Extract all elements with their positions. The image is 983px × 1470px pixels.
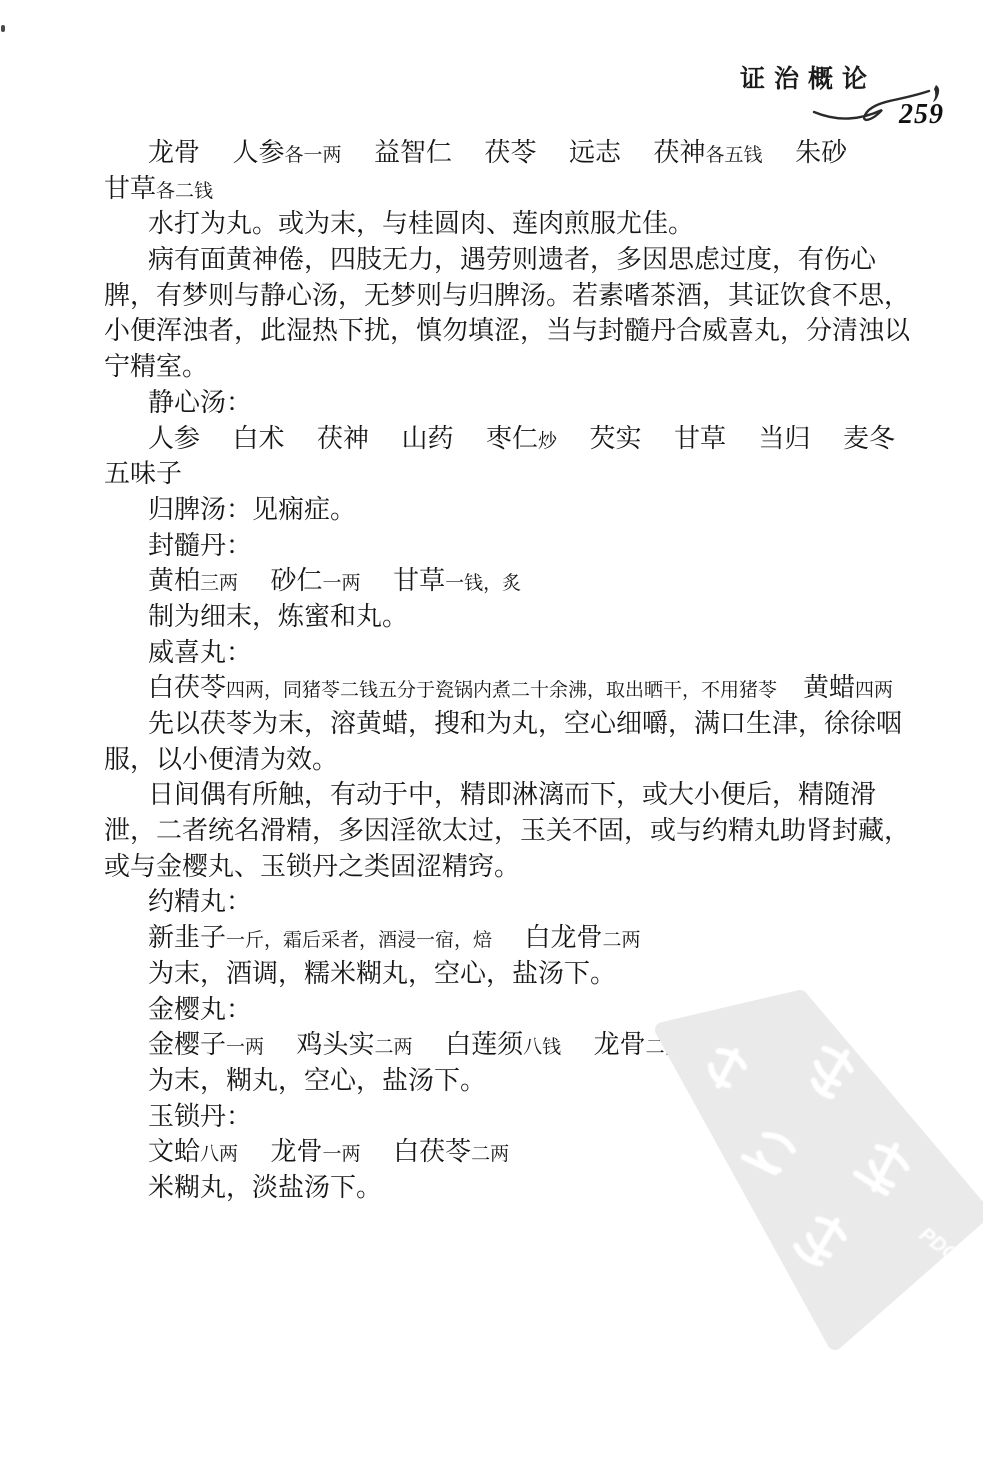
text-run: 泄，二者统名滑精，多因淫欲太过，玉关不固，或与约精丸助肾封藏， bbox=[104, 816, 910, 845]
text-run: 水打为丸。或为末，与桂圆肉、莲肉煎服尤佳。 bbox=[148, 209, 694, 238]
text-run: 宁精室。 bbox=[104, 352, 208, 381]
text-run: 金樱子 bbox=[148, 1030, 226, 1059]
text-line: 或与金樱丸、玉锁丹之类固涩精窍。 bbox=[104, 849, 896, 885]
text-run: 威喜丸： bbox=[148, 638, 252, 667]
text-run: 鸡头实 bbox=[264, 1030, 375, 1059]
text-line: 脾，有梦则与静心汤，无梦则与归脾汤。若素嗜茶酒，其证饮食不思， bbox=[104, 278, 896, 314]
text-line: 威喜丸： bbox=[104, 635, 896, 671]
text-line: 金樱丸： bbox=[104, 992, 896, 1028]
text-run: 为末，糊丸，空心，盐汤下。 bbox=[148, 1066, 486, 1095]
text-run: 病有面黄神倦，四肢无力，遇劳则遗者，多因思虑过度，有伤心 bbox=[148, 245, 876, 274]
dosage-annotation: 一两 bbox=[323, 573, 361, 594]
text-run: 白莲须 bbox=[413, 1030, 524, 1059]
text-line: 人参 白术 茯神 山药 枣仁炒 芡实 甘草 当归 麦冬 bbox=[104, 421, 896, 457]
text-line: 黄柏三两 砂仁一两 甘草一钱，炙 bbox=[104, 563, 896, 599]
text-line: 五味子 bbox=[104, 456, 896, 492]
text-line: 为末，酒调，糯米糊丸，空心，盐汤下。 bbox=[104, 956, 896, 992]
text-line: 新韭子一斤，霜后采者，酒浸一宿，焙 白龙骨二两 bbox=[104, 920, 896, 956]
dosage-annotation: 二两 bbox=[603, 930, 641, 951]
text-line: 龙骨 人参各一两 益智仁 茯苓 远志 茯神各五钱 朱砂 bbox=[104, 135, 896, 171]
text-run: 白茯苓 bbox=[361, 1137, 472, 1166]
text-run: 先以茯苓为末，溶黄蜡，搜和为丸，空心细嚼，满口生津，徐徐咽 bbox=[148, 709, 902, 738]
text-run: 脾，有梦则与静心汤，无梦则与归脾汤。若素嗜茶酒，其证饮食不思， bbox=[104, 281, 910, 310]
dosage-annotation: 一斤，霜后采者，酒浸一宿，焙 bbox=[226, 930, 492, 951]
text-line: 米糊丸，淡盐汤下。 bbox=[104, 1170, 896, 1206]
text-line: 封髓丹： bbox=[104, 528, 896, 564]
text-run: 静心汤： bbox=[148, 388, 252, 417]
dosage-annotation: 各二钱 bbox=[156, 181, 213, 202]
text-line: 泄，二者统名滑精，多因淫欲太过，玉关不固，或与约精丸助肾封藏， bbox=[104, 813, 896, 849]
text-line: 为末，糊丸，空心，盐汤下。 bbox=[104, 1063, 896, 1099]
text-run: 玉锁丹： bbox=[148, 1102, 252, 1131]
dosage-annotation: 各五钱 bbox=[706, 145, 763, 166]
watermark-pdg-label: PDG bbox=[915, 1223, 963, 1267]
text-run: 白茯苓 bbox=[148, 673, 226, 702]
text-run: 龙骨 bbox=[561, 1030, 646, 1059]
text-run: 龙骨 人参 bbox=[148, 138, 285, 167]
text-line: 白茯苓四两，同猪苓二钱五分于瓷锅内煮二十余沸，取出晒干，不用猪苓 黄蜡四两 bbox=[104, 670, 896, 706]
text-line: 水打为丸。或为末，与桂圆肉、莲肉煎服尤佳。 bbox=[104, 206, 896, 242]
dosage-annotation: 一两 bbox=[323, 1144, 361, 1165]
text-run: 归脾汤：见痫症。 bbox=[148, 495, 356, 524]
dosage-annotation: 八钱 bbox=[523, 1037, 561, 1058]
scan-speck bbox=[1, 25, 5, 32]
text-run: 或与金樱丸、玉锁丹之类固涩精窍。 bbox=[104, 852, 520, 881]
text-run: 制为细末，炼蜜和丸。 bbox=[148, 602, 408, 631]
dosage-annotation: 各一两 bbox=[285, 145, 342, 166]
page-number: 259 bbox=[899, 99, 944, 131]
text-run: 新韭子 bbox=[148, 923, 226, 952]
dosage-annotation: 八两 bbox=[200, 1144, 238, 1165]
text-line: 约精丸： bbox=[104, 884, 896, 920]
text-line: 玉锁丹： bbox=[104, 1099, 896, 1135]
text-run: 白龙骨 bbox=[492, 923, 603, 952]
dosage-annotation: 一钱，炙 bbox=[445, 573, 521, 594]
dosage-annotation: 炒 bbox=[538, 431, 557, 452]
text-line: 静心汤： bbox=[104, 385, 896, 421]
text-line: 服，以小便清为效。 bbox=[104, 742, 896, 778]
text-run: 封髓丹： bbox=[148, 531, 252, 560]
dosage-annotation: 三两 bbox=[200, 573, 238, 594]
text-run: 益智仁 茯苓 远志 茯神 bbox=[342, 138, 706, 167]
text-run: 服，以小便清为效。 bbox=[104, 745, 338, 774]
dosage-annotation: 二两，煅 bbox=[646, 1037, 722, 1058]
text-line: 甘草各二钱 bbox=[104, 171, 896, 207]
scanned-page: 证治概论 259 龙骨 人参各一两 益智仁 茯苓 远志 茯神各五钱 朱砂甘草各二… bbox=[0, 0, 983, 1470]
text-run: 米糊丸，淡盐汤下。 bbox=[148, 1173, 382, 1202]
text-block: 龙骨 人参各一两 益智仁 茯苓 远志 茯神各五钱 朱砂甘草各二钱水打为丸。或为末… bbox=[104, 135, 896, 1206]
dosage-annotation: 一两 bbox=[226, 1037, 264, 1058]
text-run: 甘草 bbox=[104, 174, 156, 203]
text-run: 芡实 甘草 当归 麦冬 bbox=[557, 424, 895, 453]
text-run: 日间偶有所触，有动于中，精即淋漓而下，或大小便后，精随滑 bbox=[148, 780, 876, 809]
text-run: 黄柏 bbox=[148, 566, 200, 595]
dosage-annotation: 四两，同猪苓二钱五分于瓷锅内煮二十余沸，取出晒干，不用猪苓 bbox=[226, 680, 777, 701]
text-run: 人参 白术 茯神 山药 枣仁 bbox=[148, 424, 538, 453]
text-run: 黄蜡 bbox=[777, 673, 855, 702]
text-line: 病有面黄神倦，四肢无力，遇劳则遗者，多因思虑过度，有伤心 bbox=[104, 242, 896, 278]
text-run: 甘草 bbox=[361, 566, 446, 595]
dosage-annotation: 二两 bbox=[471, 1144, 509, 1165]
text-line: 制为细末，炼蜜和丸。 bbox=[104, 599, 896, 635]
text-line: 先以茯苓为末，溶黄蜡，搜和为丸，空心细嚼，满口生津，徐徐咽 bbox=[104, 706, 896, 742]
text-line: 归脾汤：见痫症。 bbox=[104, 492, 896, 528]
text-line: 文蛤八两 龙骨一两 白茯苓二两 bbox=[104, 1134, 896, 1170]
text-line: 日间偶有所触，有动于中，精即淋漓而下，或大小便后，精随滑 bbox=[104, 777, 896, 813]
text-run: 金樱丸： bbox=[148, 995, 252, 1024]
text-line: 宁精室。 bbox=[104, 349, 896, 385]
text-run: 为末，酒调，糯米糊丸，空心，盐汤下。 bbox=[148, 959, 616, 988]
text-run: 龙骨 bbox=[238, 1137, 323, 1166]
text-line: 金樱子一两 鸡头实二两 白莲须八钱 龙骨二两，煅 bbox=[104, 1027, 896, 1063]
text-run: 五味子 bbox=[104, 459, 182, 488]
text-run: 朱砂 bbox=[763, 138, 848, 167]
dosage-annotation: 四两 bbox=[855, 680, 893, 701]
dosage-annotation: 二两 bbox=[375, 1037, 413, 1058]
text-run: 约精丸： bbox=[148, 887, 252, 916]
text-run: 文蛤 bbox=[148, 1137, 200, 1166]
text-run: 小便浑浊者，此湿热下扰，慎勿填涩，当与封髓丹合威喜丸，分清浊以 bbox=[104, 316, 910, 345]
text-line: 小便浑浊者，此湿热下扰，慎勿填涩，当与封髓丹合威喜丸，分清浊以 bbox=[104, 313, 896, 349]
text-run: 砂仁 bbox=[238, 566, 323, 595]
